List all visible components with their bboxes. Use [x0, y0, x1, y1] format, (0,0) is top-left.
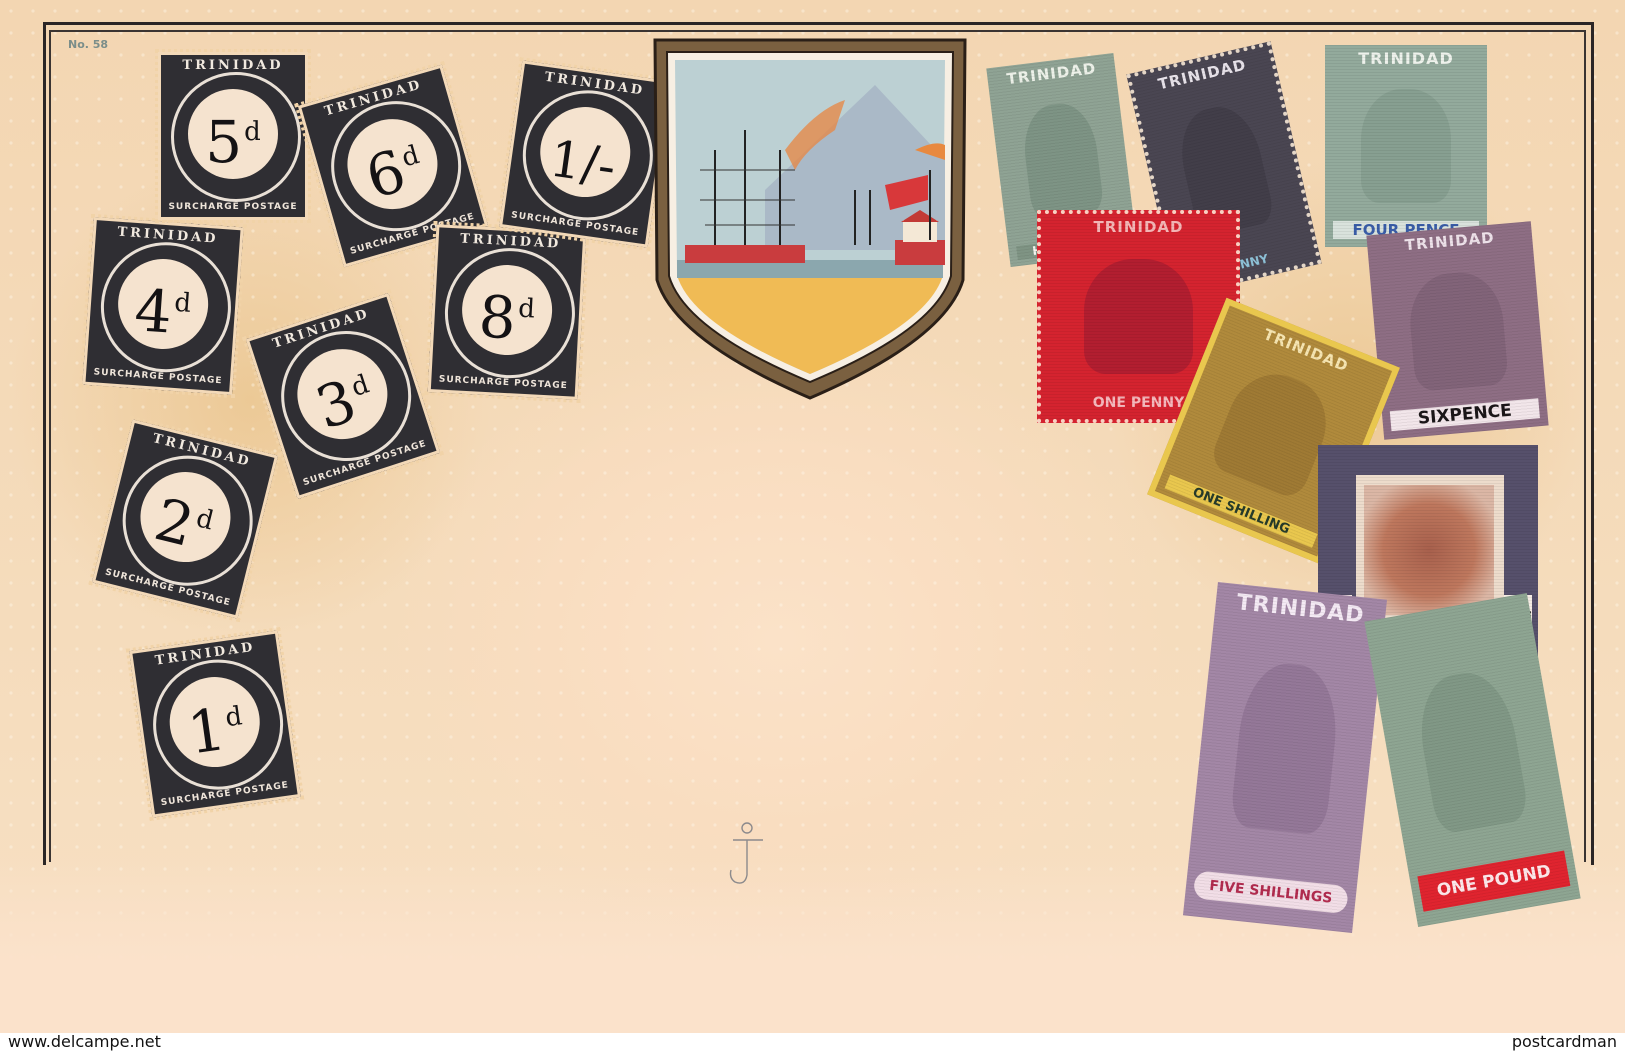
watermark-right: postcardman [1512, 1033, 1617, 1051]
stamp-due-5d: TRINIDAD 5d SURCHARGE POSTAGE [158, 52, 308, 220]
stamp-five-shillings-lilac: TRINIDAD FIVE SHILLINGS [1183, 582, 1387, 933]
pencil-mark-j [725, 820, 765, 890]
watermark-left: www.delcampe.net [8, 1033, 161, 1051]
card-number: No. 58 [68, 38, 108, 51]
stamp-fourpence-green: TRINIDAD FOUR PENCE [1325, 45, 1487, 247]
postcard: No. 58 TRINIDAD 1d SURCHARGE POSTAGE TRI… [0, 0, 1625, 1033]
stamp-due-8d: TRINIDAD 8d SURCHARGE POSTAGE [428, 224, 587, 400]
coat-of-arms-shield [645, 30, 975, 402]
stamp-sixpence-mauve: TRINIDAD SIXPENCE [1366, 221, 1548, 440]
stamp-due-4d: TRINIDAD 4d SURCHARGE POSTAGE [82, 217, 243, 395]
card-bottom-fade [0, 860, 1625, 1033]
stamp-due-1d: TRINIDAD 1d SURCHARGE POSTAGE [129, 630, 301, 817]
